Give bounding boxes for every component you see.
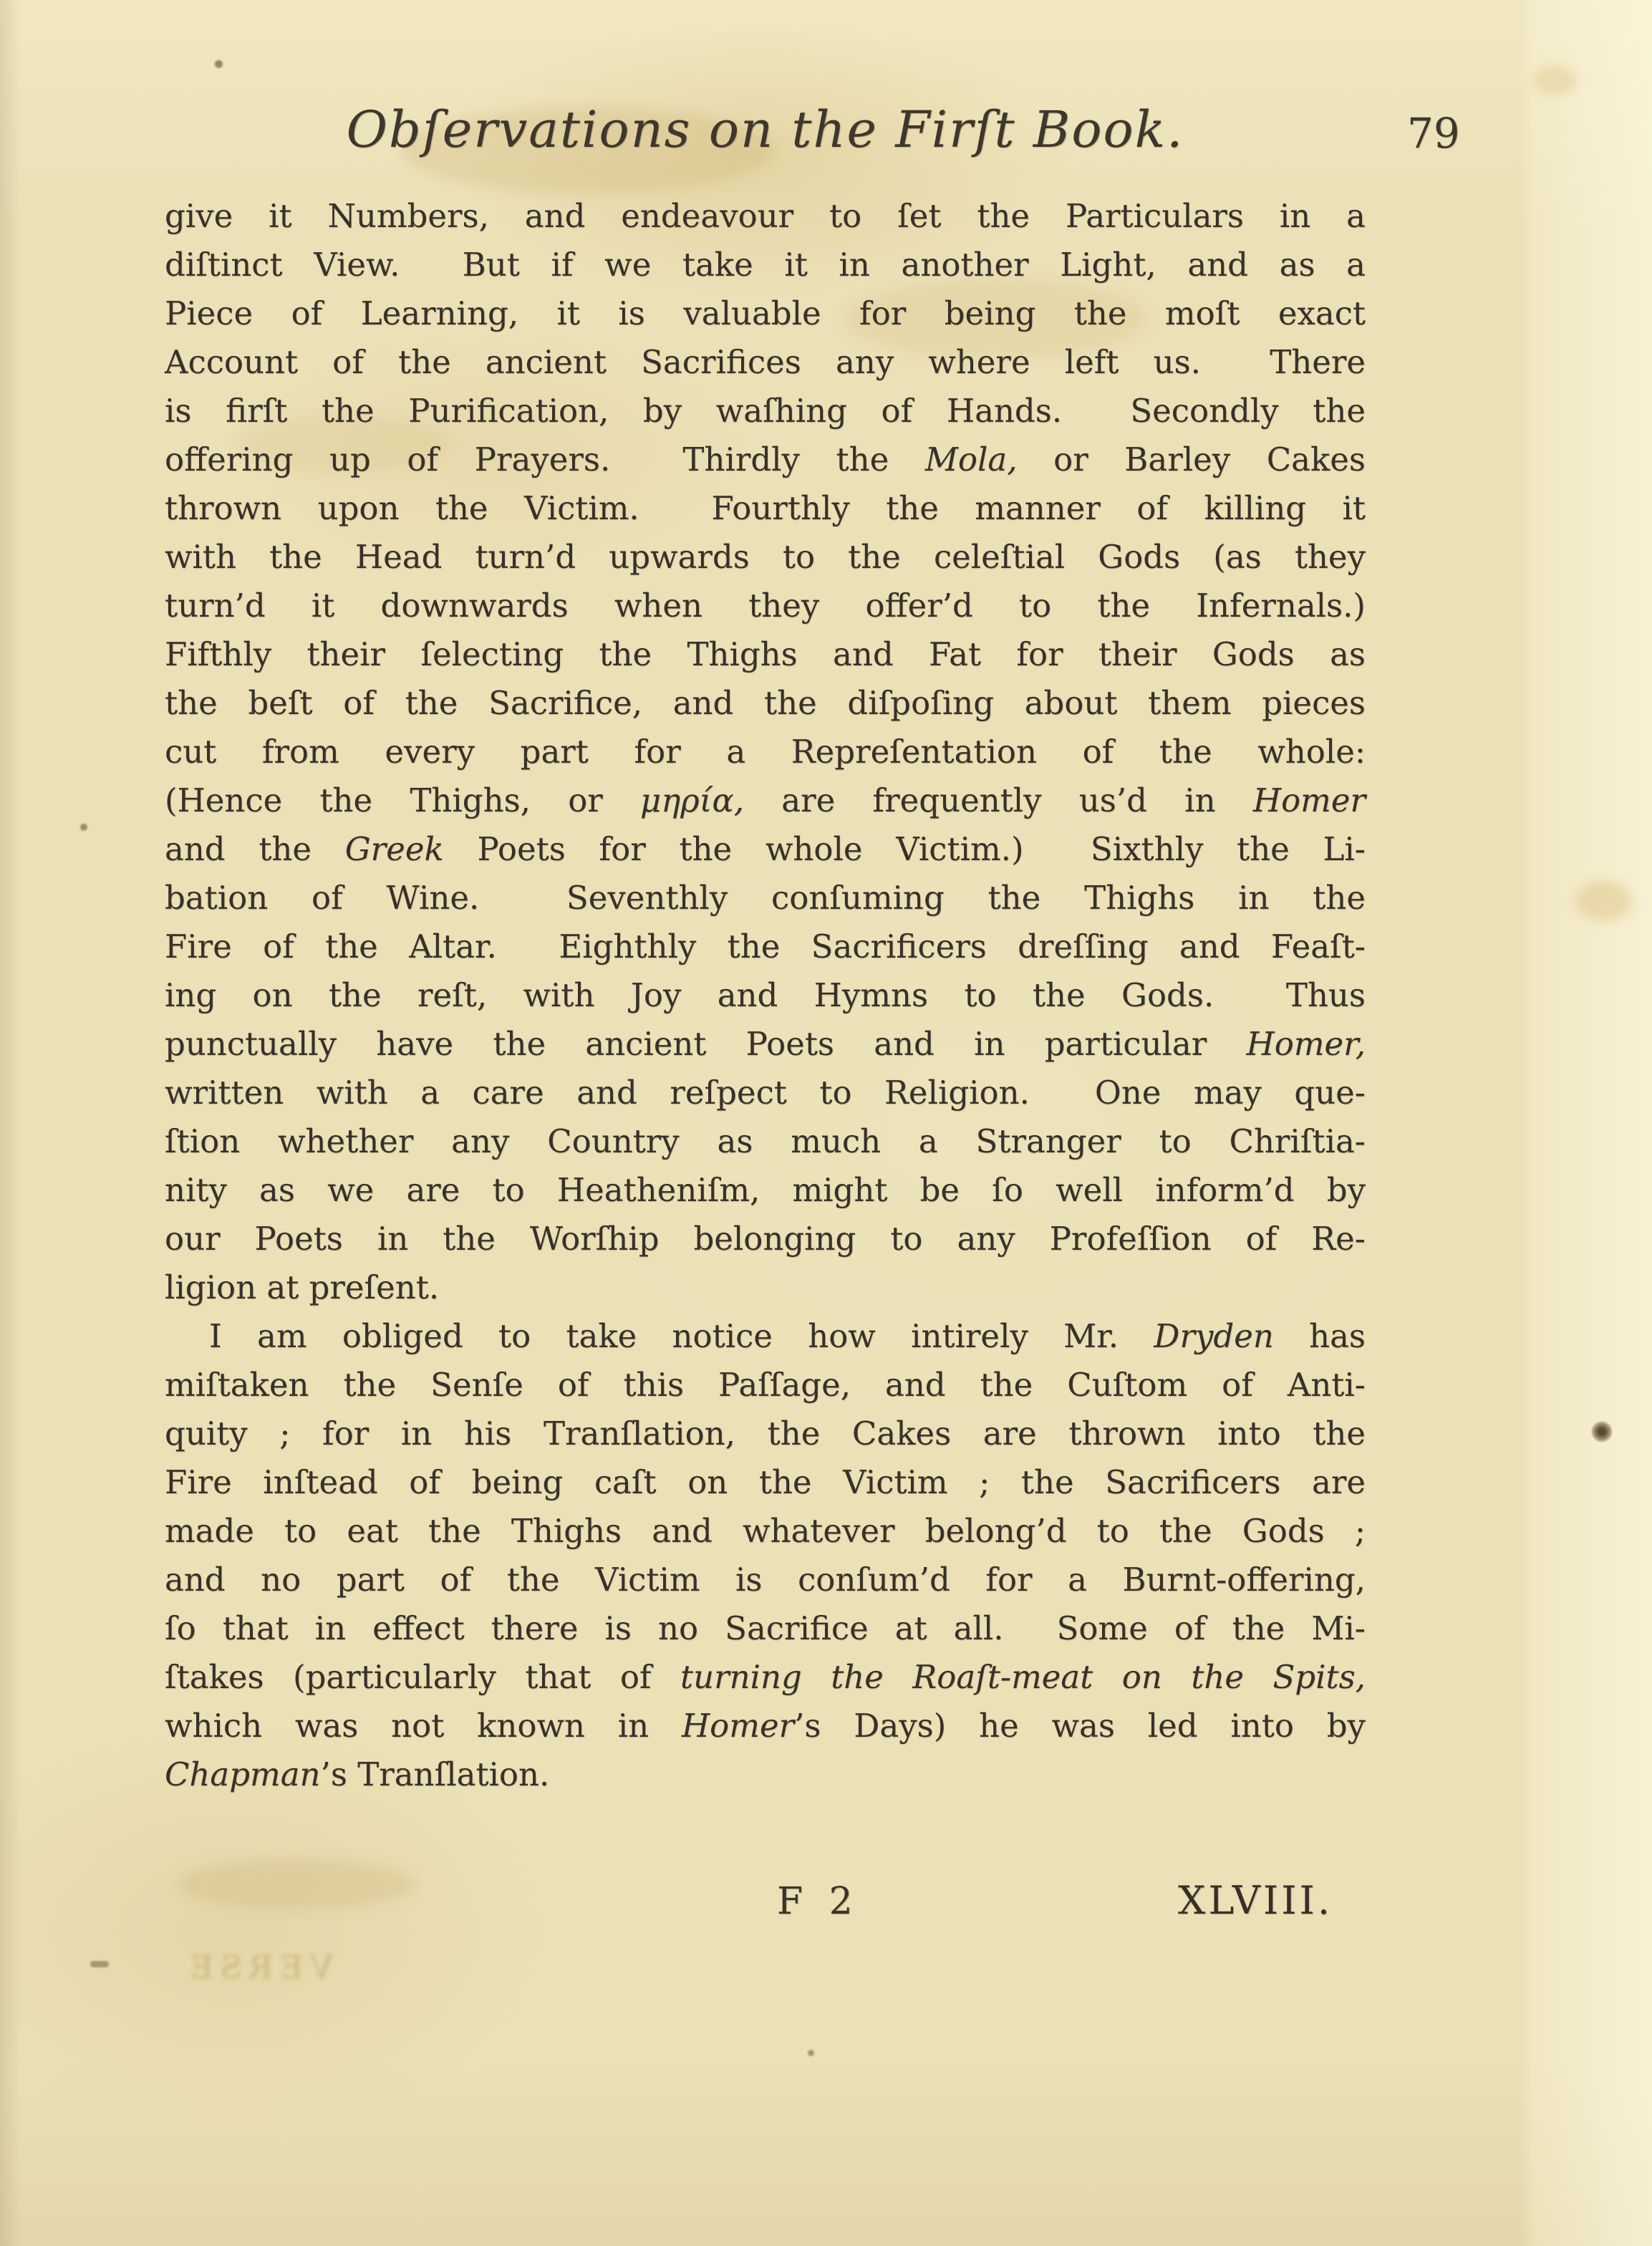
italic-text-segment: Homer [1253, 781, 1366, 819]
text-line: offering up of Prayers. Thirdly the Mola… [165, 435, 1366, 484]
page-number: 79 [1407, 109, 1460, 158]
text-segment: and no part of the Victim is conſum’d fo… [165, 1561, 1366, 1599]
foxing-spot [80, 824, 87, 831]
text-segment: our Poets in the Worſhip belonging to an… [165, 1220, 1366, 1258]
signature-mark: F 2 [777, 1880, 860, 1923]
text-line: miſtaken the Senſe of this Paſſage, and … [165, 1361, 1366, 1409]
catchword: XLVIII. [1178, 1878, 1333, 1923]
italic-text-segment: Dryden [1154, 1317, 1273, 1355]
showthrough-blob [179, 1859, 415, 1909]
text-segment: miſtaken the Senſe of this Paſſage, and … [165, 1366, 1366, 1404]
text-line: I am obliged to take notice how intirely… [165, 1312, 1366, 1361]
text-line: diſtinct View. But if we take it in anot… [165, 241, 1366, 289]
text-line: written with a care and reſpect to Relig… [165, 1069, 1366, 1117]
text-line: Fire of the Altar. Eighthly the Sacrific… [165, 922, 1366, 971]
text-segment: Fire of the Altar. Eighthly the Sacrific… [165, 927, 1366, 965]
foxing-spot [1591, 1421, 1613, 1442]
text-line: and the Greek Poets for the whole Victim… [165, 825, 1366, 874]
foxing-spot [215, 60, 223, 68]
text-segment: ing on the reſt, with Joy and Hymns to t… [165, 976, 1366, 1014]
text-segment: has [1274, 1317, 1366, 1355]
book-page-scan: VERSE Obſervations on the Firſt Book. 79… [0, 0, 1652, 2246]
italic-text-segment: Mola, [925, 440, 1018, 478]
text-line: Fifthly their ſelecting the Thighs and F… [165, 630, 1366, 679]
foxing-spot [808, 2050, 814, 2056]
text-segment: (Hence the Thighs, or [165, 781, 640, 819]
text-line: ligion at preſent. [165, 1263, 1366, 1312]
text-line: is firſt the Purification, by waſhing of… [165, 387, 1366, 435]
text-block: give it Numbers, and endeavour to ſet th… [165, 192, 1366, 1799]
text-segment: bation of Wine. Seventhly conſuming the … [165, 879, 1366, 917]
text-line: with the Head turn’d upwards to the cele… [165, 533, 1366, 582]
text-line: ſo that in effect there is no Sacrifice … [165, 1604, 1366, 1653]
italic-text-segment: turning the Roaſt-meat on the Spits, [680, 1658, 1366, 1696]
text-segment: are frequently us’d in [744, 781, 1253, 819]
text-segment: turn’d it downwards when they offer’d to… [165, 587, 1366, 625]
text-segment: ſtion whether any Country as much a Stra… [165, 1122, 1366, 1160]
text-segment: is firſt the Purification, by waſhing of… [165, 392, 1366, 430]
text-line: Fire inſtead of being caſt on the Victim… [165, 1458, 1366, 1507]
text-line: bation of Wine. Seventhly conſuming the … [165, 874, 1366, 922]
text-segment: ’s Tranſlation. [321, 1755, 550, 1793]
text-segment: the beſt of the Sacrifice, and the diſpo… [165, 684, 1366, 722]
italic-text-segment: Chapman [165, 1755, 321, 1793]
text-line: Account of the ancient Sacrifices any wh… [165, 338, 1366, 387]
foxing-spot [1534, 66, 1577, 95]
text-segment: with the Head turn’d upwards to the cele… [165, 538, 1366, 576]
text-line: (Hence the Thighs, or μηρία, are frequen… [165, 776, 1366, 825]
text-segment: nity as we are to Heatheniſm, might be ſ… [165, 1171, 1366, 1209]
text-line: cut from every part for a Repreſentation… [165, 728, 1366, 776]
text-segment: which was not known in [165, 1707, 682, 1745]
text-line: turn’d it downwards when they offer’d to… [165, 582, 1366, 630]
text-segment: Piece of Learning, it is valuable for be… [165, 294, 1366, 332]
text-line: the beſt of the Sacrifice, and the diſpo… [165, 679, 1366, 728]
text-segment: ſo that in effect there is no Sacrifice … [165, 1609, 1366, 1647]
text-line: our Poets in the Worſhip belonging to an… [165, 1215, 1366, 1263]
text-segment: offering up of Prayers. Thirdly the [165, 440, 925, 478]
italic-text-segment: Homer [682, 1707, 794, 1745]
text-segment: diſtinct View. But if we take it in anot… [165, 246, 1366, 284]
text-line: made to eat the Thighs and whatever belo… [165, 1507, 1366, 1556]
text-segment: and the [165, 830, 345, 868]
italic-text-segment: Greek [345, 830, 444, 868]
text-segment: Account of the ancient Sacrifices any wh… [165, 343, 1366, 381]
text-line: thrown upon the Victim. Fourthly the man… [165, 484, 1366, 533]
text-segment: cut from every part for a Repreſentation… [165, 733, 1366, 771]
text-line: which was not known in Homer’s Days) he … [165, 1702, 1366, 1750]
text-segment: made to eat the Thighs and whatever belo… [165, 1512, 1366, 1550]
text-line: quity ; for in his Tranſlation, the Cake… [165, 1409, 1366, 1458]
text-segment: quity ; for in his Tranſlation, the Cake… [165, 1414, 1366, 1452]
text-segment: Poets for the whole Victim.) Sixthly the… [444, 830, 1366, 868]
running-header-title: Obſervations on the Firſt Book. [165, 100, 1366, 159]
text-segment: Fifthly their ſelecting the Thighs and F… [165, 635, 1366, 673]
foxing-spot [1575, 881, 1633, 921]
italic-text-segment: μηρία, [640, 781, 744, 819]
text-line: Piece of Learning, it is valuable for be… [165, 289, 1366, 338]
text-segment: written with a care and reſpect to Relig… [165, 1074, 1366, 1112]
text-segment: punctually have the ancient Poets and in… [165, 1025, 1246, 1063]
text-line: ſtakes (particularly that of turning the… [165, 1653, 1366, 1702]
text-segment: ligion at preſent. [165, 1268, 439, 1306]
text-line: ing on the reſt, with Joy and Hymns to t… [165, 971, 1366, 1020]
text-segment: thrown upon the Victim. Fourthly the man… [165, 489, 1366, 527]
text-segment: Fire inſtead of being caſt on the Victim… [165, 1463, 1366, 1501]
text-line: punctually have the ancient Poets and in… [165, 1020, 1366, 1069]
showthrough-ghost-text: VERSE [147, 1949, 333, 1986]
text-line: and no part of the Victim is conſum’d fo… [165, 1556, 1366, 1604]
text-line: Chapman’s Tranſlation. [165, 1750, 1366, 1799]
text-segment: give it Numbers, and endeavour to ſet th… [165, 197, 1366, 235]
text-segment: I am obliged to take notice how intirely… [209, 1317, 1154, 1355]
italic-text-segment: Homer, [1246, 1025, 1366, 1063]
text-line: nity as we are to Heatheniſm, might be ſ… [165, 1166, 1366, 1215]
text-segment: ſtakes (particularly that of [165, 1658, 680, 1696]
text-segment: ’s Days) he was led into by [794, 1707, 1366, 1745]
text-line: give it Numbers, and endeavour to ſet th… [165, 192, 1366, 241]
foxing-spot [90, 1961, 109, 1967]
text-segment: or Barley Cakes [1018, 440, 1366, 478]
text-line: ſtion whether any Country as much a Stra… [165, 1117, 1366, 1166]
